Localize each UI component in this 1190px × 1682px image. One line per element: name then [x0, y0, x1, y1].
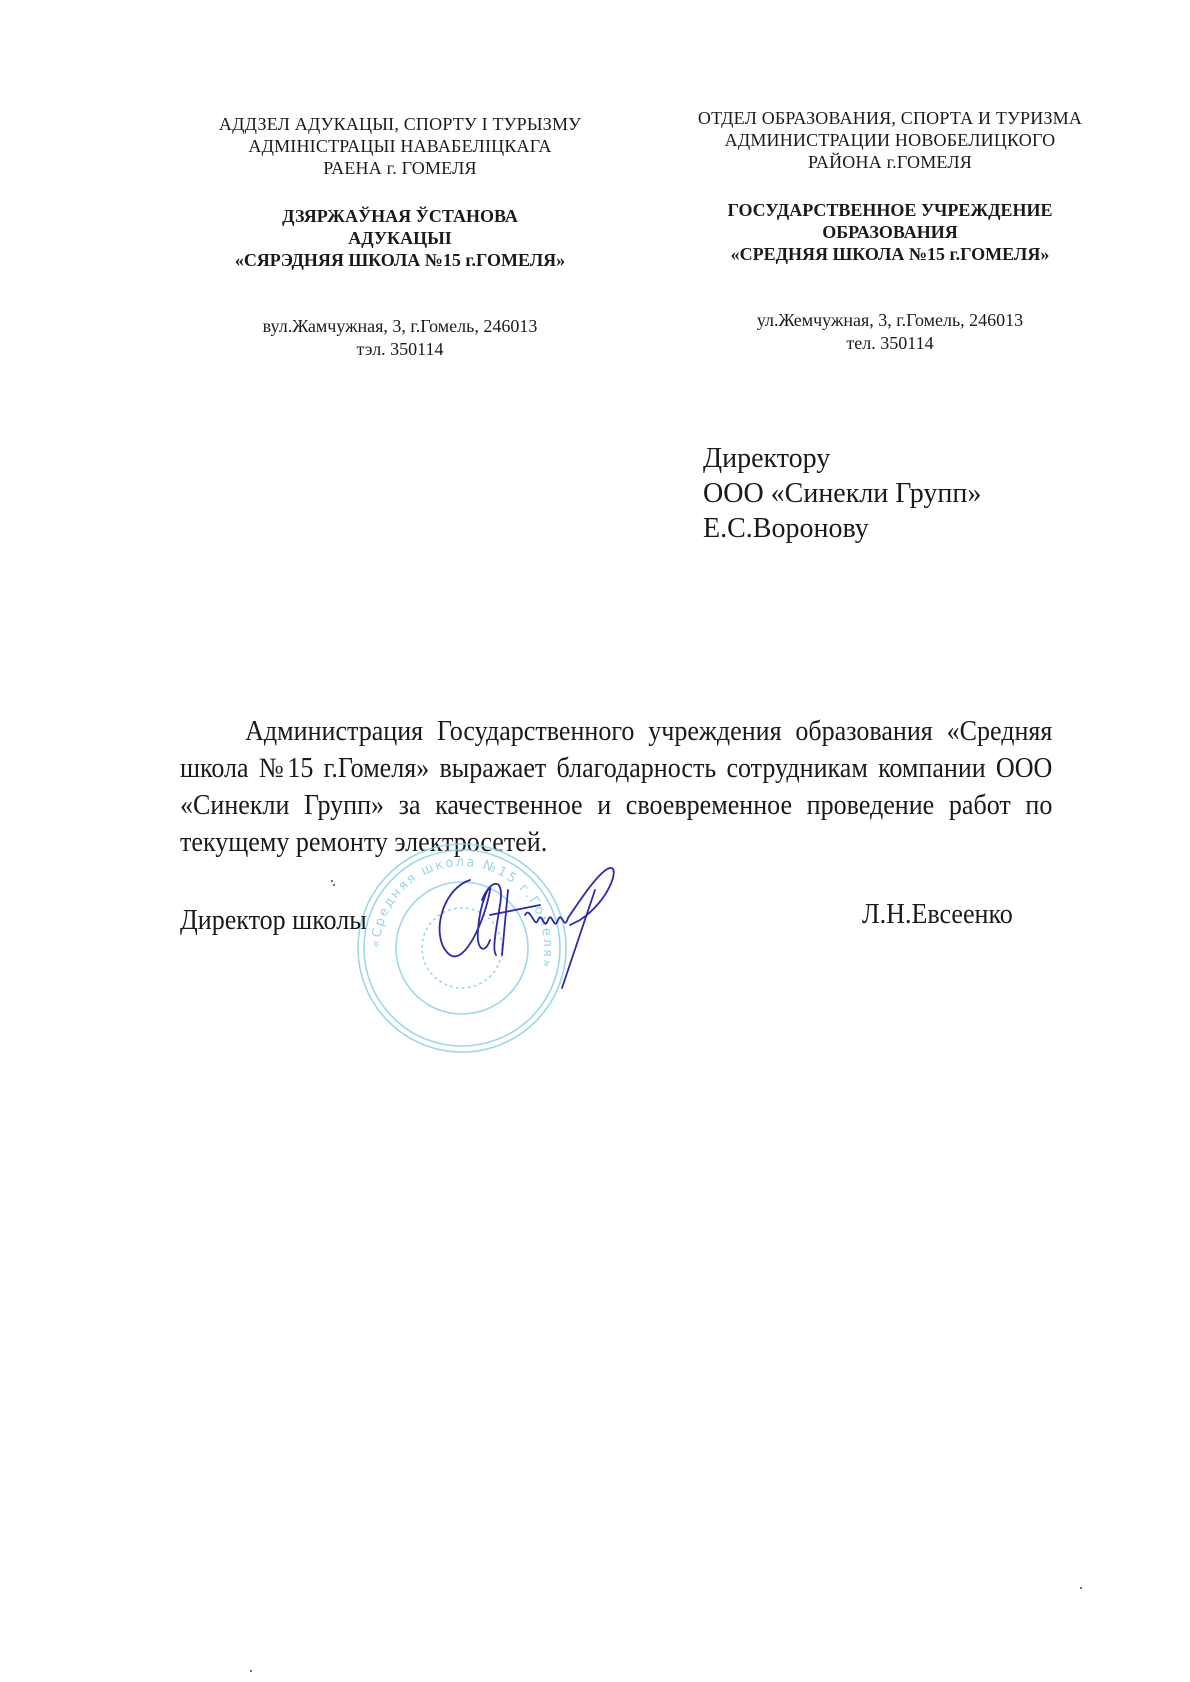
address: вул.Жамчужная, 3, г.Гомель, 246013	[180, 315, 620, 338]
institution-line: ДЗЯРЖАЎНАЯ ЎСТАНОВА	[180, 205, 620, 227]
scan-speck	[333, 884, 335, 886]
recipient-line: Директору	[703, 441, 981, 476]
institution-line: ОБРАЗОВАНИЯ	[660, 221, 1120, 243]
signatory-name: Л.Н.Евсеенко	[862, 899, 1013, 931]
signatory-title: Директор школы	[180, 905, 367, 937]
institution-line: «СРЕДНЯЯ ШКОЛА №15 г.ГОМЕЛЯ»	[660, 243, 1120, 265]
department-line: РАЕНА г. ГОМЕЛЯ	[180, 157, 620, 179]
address: ул.Жемчужная, 3, г.Гомель, 246013	[660, 309, 1120, 332]
letter-body: Администрация Государственного учреждени…	[180, 713, 1052, 861]
recipient-line: Е.С.Воронову	[703, 511, 981, 546]
department-line: АДМИНИСТРАЦИИ НОВОБЕЛИЦКОГО	[660, 129, 1120, 151]
scan-speck	[1080, 1587, 1082, 1589]
institution-line: «СЯРЭДНЯЯ ШКОЛА №15 г.ГОМЕЛЯ»	[180, 249, 620, 271]
scan-speck	[331, 880, 333, 882]
letterhead-belarusian: АДДЗЕЛ АДУКАЦЫІ, СПОРТУ І ТУРЫЗМУ АДМІНІ…	[180, 113, 620, 361]
department-line: АДМІНІСТРАЦЫІ НАВАБЕЛІЦКАГА	[180, 135, 620, 157]
department-line: РАЙОНА г.ГОМЕЛЯ	[660, 151, 1120, 173]
department-line: АДДЗЕЛ АДУКАЦЫІ, СПОРТУ І ТУРЫЗМУ	[180, 113, 620, 135]
scan-speck	[250, 1670, 252, 1672]
handwritten-signature-icon	[430, 860, 640, 990]
phone: тэл. 350114	[180, 338, 620, 361]
phone: тел. 350114	[660, 332, 1120, 355]
letterhead-russian: ОТДЕЛ ОБРАЗОВАНИЯ, СПОРТА И ТУРИЗМА АДМИ…	[660, 107, 1120, 355]
recipient-line: ООО «Синекли Групп»	[703, 476, 981, 511]
institution-line: АДУКАЦЫІ	[180, 227, 620, 249]
department-line: ОТДЕЛ ОБРАЗОВАНИЯ, СПОРТА И ТУРИЗМА	[660, 107, 1120, 129]
body-paragraph: Администрация Государственного учреждени…	[180, 713, 1052, 861]
recipient-block: Директору ООО «Синекли Групп» Е.С.Вороно…	[703, 441, 981, 546]
institution-line: ГОСУДАРСТВЕННОЕ УЧРЕЖДЕНИЕ	[660, 199, 1120, 221]
